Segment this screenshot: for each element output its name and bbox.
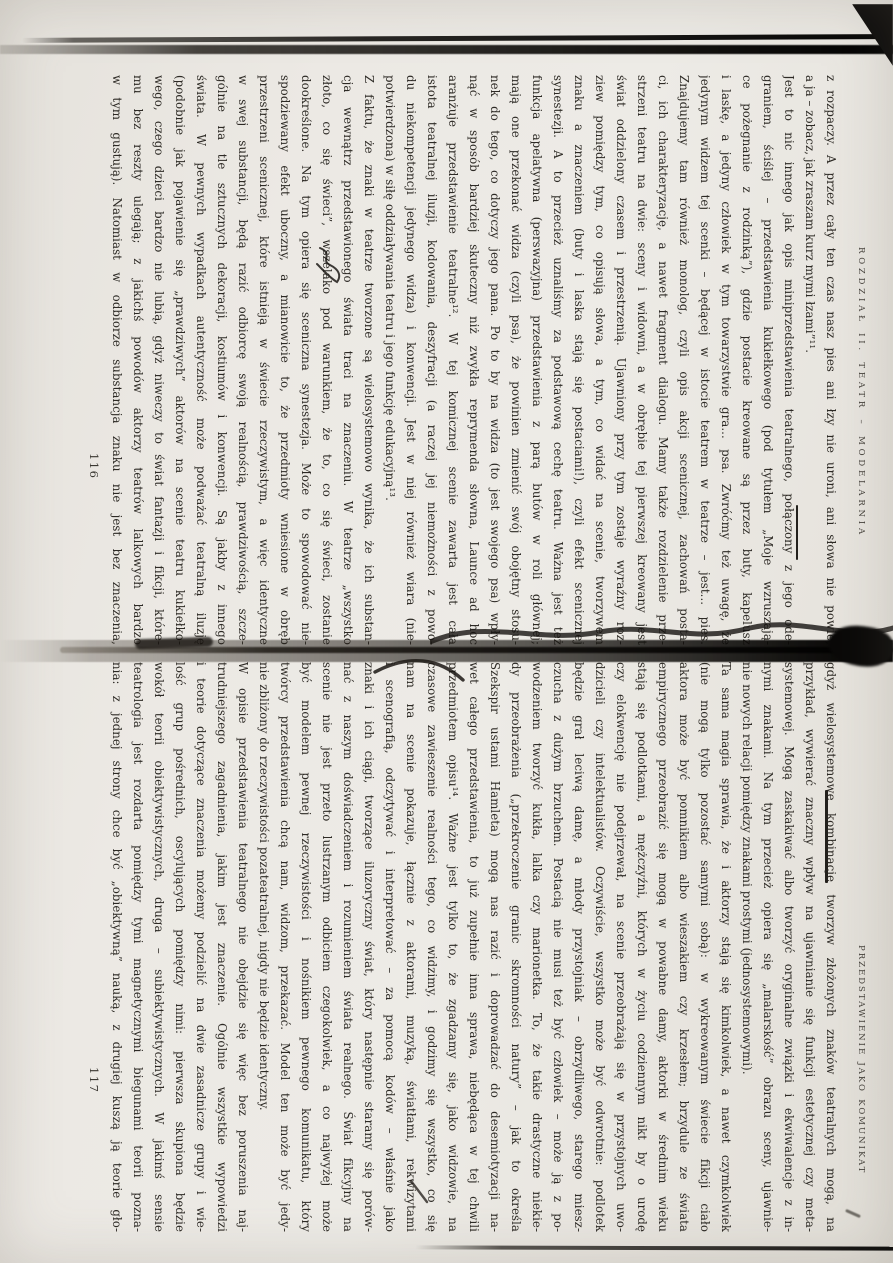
text-line: i laskę, a jedyny człowiek w tym towarzy… [715,75,736,645]
text-line: przestrzeni scenicznej, które istnieją w… [253,75,274,645]
text-line: systemowej. Mogą zaskakiwać albo tworzyć… [778,662,799,1232]
text-line: wokół teorii obiektywistycznych, druga –… [148,662,169,1232]
book-spread: ROZDZIAŁ II. TEATR – MODELARNIA z rozpac… [0,0,893,1263]
text-line: mają one przekonać widza (czyli psa), że… [505,75,526,645]
text-line: teatrologia jest rozdarta pomiędzy tymi … [127,662,148,1232]
text-line: jedynym widzem tej scenki – będącej w is… [694,75,715,645]
text-line: będzie grał leciwą damę, a młody przysto… [568,662,589,1232]
text-line: ce pożegnanie z rodzinką”), gdzie postac… [736,75,757,645]
page-number-117: 117 [87,1067,101,1093]
pen-swoosh-mark [371,648,467,688]
text-line: wego, czego dzieci bardzo nie lubią, gdy… [148,75,169,645]
text-line: ziew pomiędzy tym, co opisują słowa, a t… [589,75,610,645]
text-line: a ja – zobacz, jak zraszam kurz mymi łza… [799,75,820,645]
text-line: nia: z jednej strony chce być „obiektywn… [106,662,127,1232]
text-line: aranżuje przedstawienie teatralne¹². W t… [442,75,463,645]
text-line: Z faktu, że znaki w teatrze tworzone są … [358,75,379,645]
text-line: świata. W pewnych wypadkach autentycznoś… [190,75,211,645]
text-line: czasowe zawieszenie realności tego, co w… [421,662,442,1232]
text-line: graniem, ściślej – przedstawienia kukieł… [757,75,778,645]
text-line: nie nowych relacji pomiędzy znakami pros… [736,662,757,1232]
text-line: w tym gustują). Natomiast w odbiorze sub… [106,75,127,645]
text-line: W opisie przedstawienia teatralnego nie … [232,662,253,1232]
text-line: stają się podlotkami, a mężczyźni, który… [631,662,652,1232]
page-number-116: 116 [87,453,101,479]
page-117-text-column: gdyż wielosystemowe kombinacje tworzyw z… [106,662,841,1232]
text-line: spodziewany efekt uboczny, a mianowicie … [274,75,295,645]
text-line: czy elokwencję nie podejrzewał, na sceni… [610,662,631,1232]
text-line: wodzeniem tworzyć kukła, lalka czy mario… [526,662,547,1232]
text-line: strzeni teatru na dwie: sceny i widowni,… [631,75,652,645]
text-line: znaku a znaczeniem (buty i laska stają s… [568,75,589,645]
text-line: z rozpaczy. A przez cały ten czas nasz p… [820,75,841,645]
text-line: cja wewnątrz przedstawionego świata trac… [337,75,358,645]
text-line: (podobnie jak pojawienie się „prawdziwyc… [169,75,190,645]
running-head-section: PRZEDSTAWIENIE JAKO KOMUNIKAT [856,945,866,1174]
text-line: synestezji. A to przecież uznaliśmy za p… [547,75,568,645]
text-line: lość grup pośrednich, oscylujących pomię… [169,662,190,1232]
text-line: w swej substancji, będą razić odbiorcę s… [232,75,253,645]
text-line: znaki i ich ciągi, tworzące iluzoryczny … [358,662,379,1232]
text-line: (nie mogą tylko pozostać samymi sobą): w… [694,662,715,1232]
margin-rule-mark [796,505,798,560]
text-line: Szekspir ustami Hamleta) mogą nas razić … [484,662,505,1232]
text-line: trudniejszego zagadnienia, jakim jest zn… [211,662,232,1232]
ink-squiggle-mark [312,244,350,288]
text-line: nam na scenie pokazuje, łącznie z aktora… [400,662,421,1232]
text-line: przedmiotem opisu¹⁴. Ważne jest tylko to… [442,662,463,1232]
text-line: czucha z dużym brzuchem. Postacią nie mu… [547,662,568,1232]
text-line: Ta sama magia sprawia, że i aktorzy staj… [715,662,736,1232]
scanned-book-photo: ROZDZIAŁ II. TEATR – MODELARNIA z rozpac… [0,0,893,1263]
running-head-chapter: ROZDZIAŁ II. TEATR – MODELARNIA [856,247,866,538]
page-117: PRZEDSTAWIENIE JAKO KOMUNIKAT gdyż wielo… [0,662,893,1232]
text-line: potwierdzona) w siłę oddziaływania teatr… [379,75,400,645]
text-line: funkcja apelatywna (perswazyjna) przedst… [526,75,547,645]
text-line: nymi znakami. Na tym przecież opiera się… [757,662,778,1232]
text-line: nać z naszym doświadczeniem i rozumienie… [337,662,358,1232]
text-line: ci, ich charakteryzację, a nawet fragmen… [652,75,673,645]
text-line: i scenografią, odczytywać i interpretowa… [379,662,400,1232]
text-line: empirycznego przeobrazić się mogą w powa… [652,662,673,1232]
text-line: złoto, co się świeci”, wszelako pod waru… [316,75,337,645]
text-line: scenie nie jest przeto lustrzanym odbici… [316,662,337,1232]
text-line: świat oddzielony czasem i przestrzenią. … [610,75,631,645]
text-line: gólnie na tle sztucznych dekoracji, kost… [211,75,232,645]
text-line: dzicieli czy intelektualistów. Oczywiści… [589,662,610,1232]
text-line: mu bez reszty ulegają; z jakichś powodów… [127,75,148,645]
pen-tick-mark [407,1178,431,1206]
text-line: nąć w sposób bardziej skuteczny niż zwyk… [463,75,484,645]
text-line: dookreślone. Na tym opiera się sceniczna… [295,75,316,645]
text-line: gdyż wielosystemowe kombinacje tworzyw z… [820,662,841,1232]
text-line: przykład, wywierać znaczny wpływ na ujaw… [799,662,820,1232]
page-116-text-column: z rozpaczy. A przez cały ten czas nasz p… [106,75,841,645]
text-line: wet całego przedstawienia, to już zupełn… [463,662,484,1232]
text-line: Znajdujemy tam również monolog, czyli op… [673,75,694,645]
text-line: twórcy przedstawienia chcą nam, widzom, … [274,662,295,1232]
text-line: i teorie dotyczące znaczenia możemy podz… [190,662,211,1232]
text-line: nie zbliżony do rzeczywistości pozateatr… [253,662,274,1232]
text-line: dy przeobrażenia („przekroczenie granic … [505,662,526,1232]
text-line: du niekompetencji jedynego widza) i konw… [400,75,421,645]
text-line: istota teatralnej iluzji, kodowania, des… [421,75,442,645]
text-line: aktora może być pomnikiem albo wieszakie… [673,662,694,1232]
page-116: ROZDZIAŁ II. TEATR – MODELARNIA z rozpac… [0,75,893,645]
margin-rule-mark [826,790,829,883]
text-line: być modelem pewnej rzeczywistości i nośn… [295,662,316,1232]
text-line: nek do tego, co dotyczy jego pana. Po to… [484,75,505,645]
